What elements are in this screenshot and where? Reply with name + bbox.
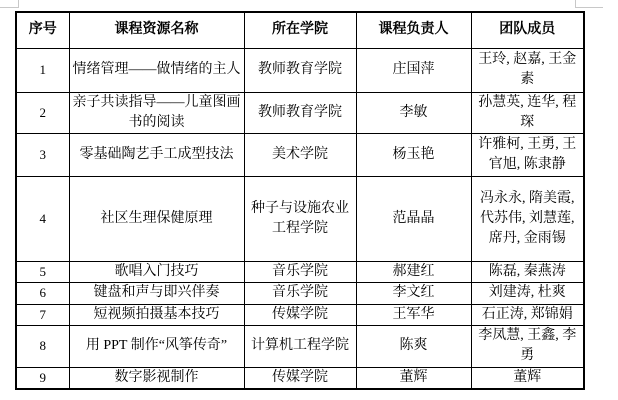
cell-team: 李凤慧, 王鑫, 李勇 (471, 325, 584, 367)
cell-leader: 李文红 (356, 282, 471, 304)
table-row: 8用 PPT 制作“风筝传奇”计算机工程学院陈爽李凤慧, 王鑫, 李勇 (16, 325, 584, 367)
cell-no: 7 (16, 304, 69, 325)
cell-leader: 陈爽 (356, 325, 471, 367)
cell-team: 许雅柯, 王勇, 王官旭, 陈隶静 (471, 133, 584, 176)
table-row: 6键盘和声与即兴伴奏音乐学院李文红刘建涛, 杜爽 (16, 282, 584, 304)
cell-team: 冯永永, 隋美霞, 代苏伟, 刘慧莲, 席丹, 金雨锡 (471, 176, 584, 261)
cell-leader: 王军华 (356, 304, 471, 325)
cell-no: 8 (16, 325, 69, 367)
cell-no: 2 (16, 92, 69, 133)
cell-no: 9 (16, 367, 69, 389)
cell-team: 刘建涛, 杜爽 (471, 282, 584, 304)
table-row: 1情绪管理——做情绪的主人教师教育学院庄国萍王玲, 赵嘉, 王金素 (16, 48, 584, 92)
cell-team: 王玲, 赵嘉, 王金素 (471, 48, 584, 92)
page-margin-mark-top-left (0, 7, 19, 8)
table-row: 4社区生理保健原理种子与设施农业工程学院范晶晶冯永永, 隋美霞, 代苏伟, 刘慧… (16, 176, 584, 261)
cell-name: 情绪管理——做情绪的主人 (69, 48, 244, 92)
col-header-no: 序号 (16, 12, 69, 48)
cell-name: 亲子共读指导——儿童图画书的阅读 (69, 92, 244, 133)
cell-leader: 杨玉艳 (356, 133, 471, 176)
cell-college: 音乐学院 (244, 282, 356, 304)
table-row: 5歌唱入门技巧音乐学院郝建红陈磊, 秦燕涛 (16, 261, 584, 282)
cell-no: 5 (16, 261, 69, 282)
cell-college: 传媒学院 (244, 304, 356, 325)
cell-leader: 庄国萍 (356, 48, 471, 92)
cell-college: 种子与设施农业工程学院 (244, 176, 356, 261)
cell-college: 教师教育学院 (244, 92, 356, 133)
cell-no: 6 (16, 282, 69, 304)
table-row: 9数字影视制作传媒学院董辉董辉 (16, 367, 584, 389)
cell-college: 计算机工程学院 (244, 325, 356, 367)
cell-name: 数字影视制作 (69, 367, 244, 389)
cell-name: 歌唱入门技巧 (69, 261, 244, 282)
cell-no: 1 (16, 48, 69, 92)
cell-no: 4 (16, 176, 69, 261)
cell-leader: 郝建红 (356, 261, 471, 282)
course-resource-table: 序号课程资源名称所在学院课程负责人团队成员 1情绪管理——做情绪的主人教师教育学… (15, 11, 585, 390)
cell-leader: 李敏 (356, 92, 471, 133)
page-margin-mark-top-right (575, 0, 576, 8)
cell-leader: 董辉 (356, 367, 471, 389)
table-row: 7短视频拍摄基本技巧传媒学院王军华石正涛, 郑锦娟 (16, 304, 584, 325)
cell-college: 传媒学院 (244, 367, 356, 389)
cell-name: 零基础陶艺手工成型技法 (69, 133, 244, 176)
table-row: 2亲子共读指导——儿童图画书的阅读教师教育学院李敏孙慧英, 连华, 程琛 (16, 92, 584, 133)
cell-college: 音乐学院 (244, 261, 356, 282)
col-header-name: 课程资源名称 (69, 12, 244, 48)
cell-team: 石正涛, 郑锦娟 (471, 304, 584, 325)
col-header-college: 所在学院 (244, 12, 356, 48)
col-header-team: 团队成员 (471, 12, 584, 48)
col-header-leader: 课程负责人 (356, 12, 471, 48)
cell-leader: 范晶晶 (356, 176, 471, 261)
cell-team: 陈磊, 秦燕涛 (471, 261, 584, 282)
cell-name: 短视频拍摄基本技巧 (69, 304, 244, 325)
cell-college: 美术学院 (244, 133, 356, 176)
cell-name: 用 PPT 制作“风筝传奇” (69, 325, 244, 367)
table-header-row: 序号课程资源名称所在学院课程负责人团队成员 (16, 12, 584, 48)
cell-name: 社区生理保健原理 (69, 176, 244, 261)
cell-team: 董辉 (471, 367, 584, 389)
table-row: 3零基础陶艺手工成型技法美术学院杨玉艳许雅柯, 王勇, 王官旭, 陈隶静 (16, 133, 584, 176)
cell-no: 3 (16, 133, 69, 176)
cell-name: 键盘和声与即兴伴奏 (69, 282, 244, 304)
page-margin-mark-top-left (18, 0, 19, 8)
cell-team: 孙慧英, 连华, 程琛 (471, 92, 584, 133)
cell-college: 教师教育学院 (244, 48, 356, 92)
page-margin-mark-top-right (575, 7, 603, 8)
